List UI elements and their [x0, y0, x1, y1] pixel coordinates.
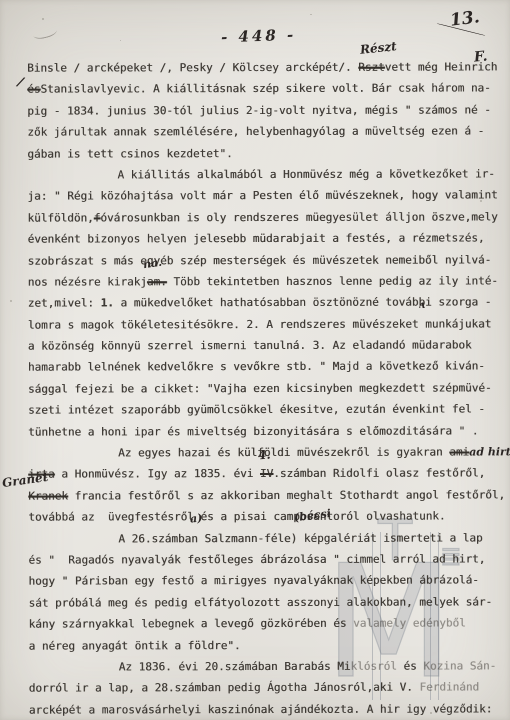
typed-text: óvárosunkban is oly rendszeres müegyesül…: [100, 210, 497, 224]
text-line: sát próbálá meg és pedig elfátyolozott a…: [29, 591, 503, 614]
typed-text: zők járultak annak szemlélésére, helyben…: [27, 125, 484, 139]
typed-text: külföldön,: [28, 211, 94, 224]
paper-speck: [310, 14, 312, 15]
typed-text: szeti intézet szaporább gyümölcsökkel ék…: [28, 403, 485, 417]
text-line: A 26.számban Salzmann-féle) képgalériát …: [28, 527, 502, 550]
text-line: ésStanislavlyevic. A kiállitásnak szép s…: [27, 78, 501, 101]
text-line: A kiállitás alkalmából a Honmüvész még a…: [27, 163, 501, 186]
struck-text: Kranek: [28, 489, 68, 502]
typed-text: Ferdinánd: [420, 681, 480, 694]
text-line: zők járultak annak szemlélésére, helyben…: [27, 121, 501, 144]
typed-text: továbbá az üvegfestésről és a pisai camp…: [28, 510, 445, 524]
text-line: pig - 1834. junius 30-tól julius 2-ig-vo…: [27, 99, 501, 122]
typed-text: 1.: [101, 297, 114, 310]
typed-text: Binsle / arcképeket /, Pesky / Kölcsey a…: [27, 61, 358, 75]
text-line: nos nézésre kirakjam. Több tekintetben h…: [28, 270, 502, 293]
typed-text: és " Ragadós nyavalyák festőleges ábrázo…: [28, 552, 485, 566]
paper-speck: [120, 40, 121, 41]
struck-text: Rszt: [358, 61, 385, 74]
typed-text: ja: " Régi közóhajtása volt már a Pesten…: [27, 189, 497, 203]
typed-text: a mükedvelőket hathatósabban ösztönözné …: [114, 296, 492, 310]
text-line: dorról ir a lap, a 28.számban pedig Ágot…: [29, 677, 503, 700]
hand-insert-caret: ʌ: [419, 301, 425, 311]
hand-correction-na: na.: [142, 257, 162, 271]
typed-text: Kozina Sán-: [423, 659, 496, 672]
typed-text: francia festőről s az akkoriban meghalt …: [68, 488, 505, 502]
typed-text: kány szárnyakkal lebegnek a levegő gözkö…: [29, 617, 354, 631]
typed-text: .számban Ridolfi olasz festőről,: [273, 467, 485, 481]
struck-text: am.: [147, 275, 167, 288]
hand-correction-reszt: Részt: [359, 40, 397, 56]
typed-text: évenként bizonyos helyen jelesebb müdara…: [28, 232, 485, 246]
typed-text: gában is tett csinos kezdetet".: [27, 147, 232, 161]
paper-speck: [10, 300, 12, 302]
text-line: lomra s magok tökéletesitésökre. 2. A re…: [28, 313, 502, 336]
typed-text: lomra s magok tökéletesitésökre. 2. A re…: [28, 317, 492, 331]
typed-text: A kiállitás alkalmából a Honmüvész még a…: [117, 167, 495, 181]
struck-text: ami: [449, 445, 469, 458]
typed-text: nos nézésre kirakj: [28, 275, 147, 288]
text-line: arcképét a marosvásárhelyi kaszinónak aj…: [29, 698, 503, 720]
typed-text: szobrászat s más egyéb szép mesterségek …: [28, 253, 492, 267]
typed-text: és: [397, 660, 424, 673]
scanned-document-page: 13. - 448 - M T ≣ Binsle / arcképeket /,…: [0, 0, 510, 720]
typewritten-text-block: Binsle / arcképeket /, Pesky / Kölcsey a…: [27, 56, 503, 720]
text-line: szobrászat s más egyéb szép mesterségek …: [28, 249, 502, 272]
typed-text: sággal fejezi be a cikket: "Vajha ezen k…: [28, 381, 492, 395]
struck-text: IV: [260, 467, 273, 480]
typed-text: tünhetne a honi ipar és miveltség bizony…: [28, 424, 478, 438]
text-line: továbbá az üvegfestésről és a pisai camp…: [28, 506, 502, 529]
text-line: évenként bizonyos helyen jelesebb müdara…: [28, 228, 502, 251]
text-line: tünhetne a honi ipar és miveltség bizony…: [28, 420, 502, 443]
text-line: Binsle / arcképeket /, Pesky / Kölcsey a…: [27, 56, 501, 79]
text-line: és " Ragadós nyavalyák festőleges ábrázo…: [28, 548, 502, 571]
typed-text: a közönség könnyü szerrel ismerni tanuln…: [28, 339, 472, 353]
typed-text: Több tekintetben hasznos lenne pedig az …: [167, 274, 498, 288]
typed-text: a néreg anyagát öntik a földre".: [29, 639, 241, 653]
typed-text: Az egyes hazai és külföldi müvészekről i…: [118, 446, 449, 460]
typed-text: hogy " Párisban egy festő a mirigyes nya…: [28, 574, 478, 588]
text-line: Az 1836. évi 20.számában Barabás Miklósr…: [29, 655, 503, 678]
typed-text: dorról ir a lap, a 28.számban pedig Ágot…: [29, 681, 420, 695]
typed-text: Az 1836. évi 20.számában Barabás Mi: [119, 660, 351, 674]
text-line: Kranek francia festőről s az akkoriban m…: [28, 484, 502, 507]
struck-text: és: [27, 83, 40, 96]
typed-text: Stanislavlyevic. A kiállitásnak szép sik…: [40, 82, 490, 96]
text-line: kány szárnyakkal lebegnek a levegő gözkö…: [29, 613, 503, 636]
typed-text: valamely edényből: [353, 617, 466, 630]
text-line: ja: " Régi közóhajtása volt már a Pesten…: [27, 185, 501, 208]
text-line: szeti intézet szaporább gyümölcsökkel ék…: [28, 399, 502, 422]
text-line: sággal fejezi be a cikket: "Vajha ezen k…: [28, 377, 502, 400]
typed-text: A 26.számban Salzmann-féle) képgalériát …: [118, 531, 482, 545]
text-line: hamarabb lelnének kedvelőkre s vevőkre s…: [28, 356, 502, 379]
handwritten-inline-text: ad hirt: [469, 445, 510, 458]
paper-speck: [42, 18, 44, 20]
typed-text: pig - 1834. junius 30-tól julius 2-ig-vo…: [27, 103, 491, 117]
typed-text: a Honmüvész. Igy az 1835. évi: [55, 467, 260, 481]
text-line: zet,mivel: 1. a mükedvelőket hathatósabb…: [28, 292, 502, 315]
hand-insert-a: a): [189, 512, 202, 524]
typed-text: sát próbálá meg és pedig elfátyolozott a…: [29, 595, 493, 609]
text-line: irta a Honmüvész. Igy az 1835. évi IV.sz…: [28, 463, 502, 486]
page-number: - 448 -: [221, 26, 297, 47]
text-line: gában is tett csinos kezdetet".: [27, 142, 501, 165]
text-line: hogy " Párisban egy festő a mirigyes nya…: [28, 570, 502, 593]
hand-initial-f: F.: [473, 49, 488, 64]
text-line: a néreg anyagát öntik a földre".: [29, 634, 503, 657]
hand-correction-4: 4.: [258, 449, 271, 462]
typed-text: arcképét a marosvásárhelyi kaszinónak aj…: [29, 702, 493, 716]
text-line: a közönség könnyü szerrel ismerni tanuln…: [28, 334, 502, 357]
text-line: külföldön,fóvárosunkban is oly rendszere…: [28, 206, 502, 229]
typed-text: hamarabb lelnének kedvelőkre s vevőkre s…: [28, 360, 485, 374]
typed-text: zet,mivel:: [28, 297, 101, 310]
typed-text: klósról: [351, 660, 397, 673]
